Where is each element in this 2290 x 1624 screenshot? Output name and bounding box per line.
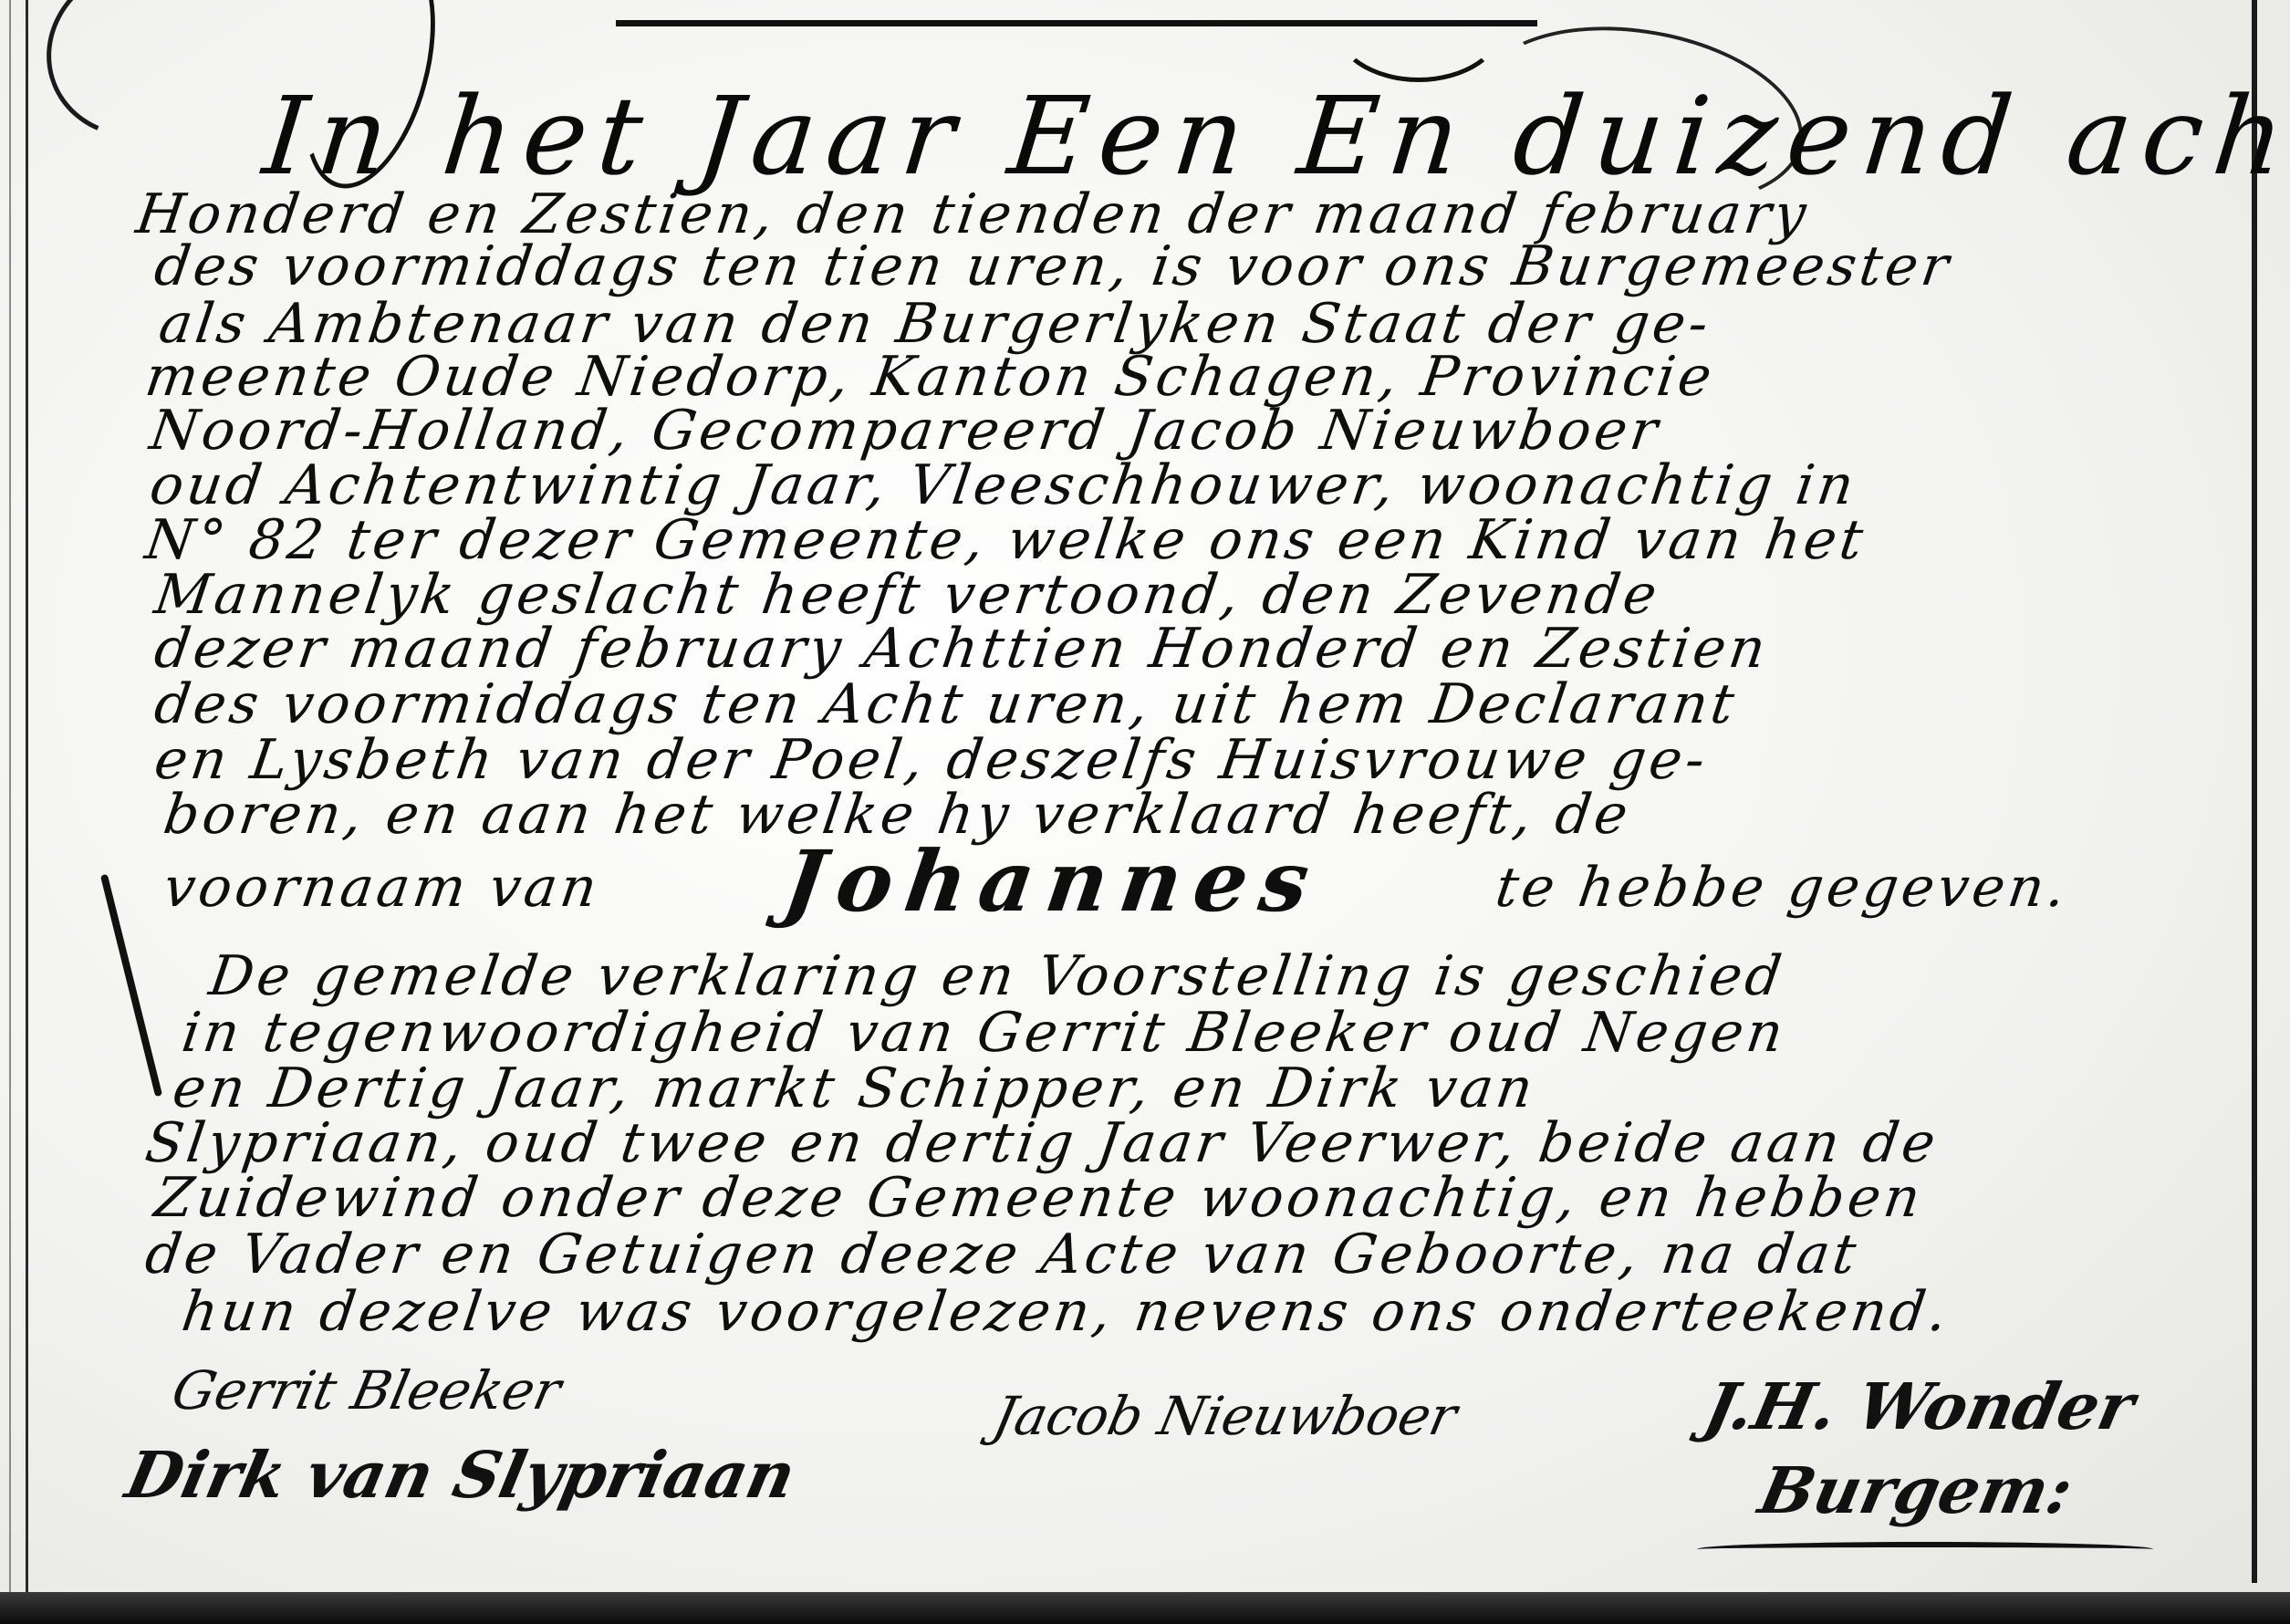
text-line: Zuidewind onder deze Gemeente woonachtig… (151, 1166, 1928, 1230)
signature-witness-1: Gerrit Bleeker (167, 1359, 567, 1421)
signature-mayor: J.H. Wonder (1698, 1369, 2140, 1444)
text-line: des voormiddags ten tien uren, is voor o… (151, 234, 1956, 298)
initial-flourish-icon (22, 0, 261, 164)
text-line: in tegenwoordigheid van Gerrit Bleeker o… (178, 1001, 1790, 1065)
header-flourish-icon (1332, 0, 1505, 82)
document-heading: In het Jaar Een En duizend acht (258, 73, 2290, 199)
margin-mark-icon (100, 874, 162, 1098)
left-margin-rule (26, 0, 28, 1624)
child-name: Johannes (777, 832, 1327, 931)
signature-witness-2: Dirk van Slypriaan (120, 1437, 802, 1513)
signature-father: Jacob Nieuwboer (988, 1385, 1462, 1447)
text-line: te hebbe gegeven. (1492, 856, 2073, 920)
text-line: de Vader en Getuigen deeze Acte van Gebo… (141, 1223, 1863, 1286)
signature-flourish-icon (1697, 1542, 2153, 1556)
text-line: voornaam van (160, 856, 604, 920)
mayor-title: Burgem: (1753, 1452, 2079, 1528)
text-line: hun dezelve was voorgelezen, nevens ons … (178, 1280, 1954, 1344)
text-line: De gemelde verklaring en Voorstelling is… (205, 944, 1789, 1008)
text-line: des voormiddags ten Acht uren, uit hem D… (151, 672, 1742, 736)
margin-edge (9, 0, 11, 1624)
document-page: In het Jaar Een En duizend acht Honderd … (0, 0, 2290, 1624)
text-line: dezer maand february Achttien Honderd en… (151, 617, 1773, 681)
scan-bottom-edge (0, 1592, 2290, 1624)
right-margin-rule (2252, 0, 2257, 1583)
